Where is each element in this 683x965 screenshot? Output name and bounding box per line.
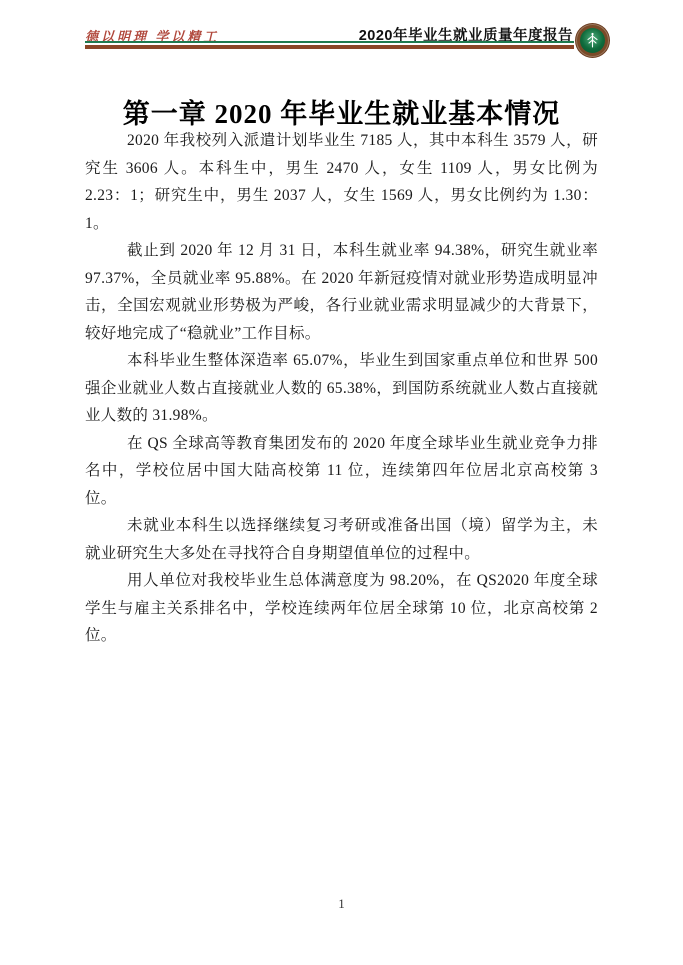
body-paragraph-1: 2020 年我校列入派遣计划毕业生 7185 人，其中本科生 3579 人，研究… — [85, 127, 598, 237]
university-emblem-icon — [580, 28, 605, 53]
body-paragraph-2: 截止到 2020 年 12 月 31 日，本科生就业率 94.38%，研究生就业… — [85, 237, 598, 347]
body-paragraph-5: 未就业本科生以选择继续复习考研或准备出国（境）留学为主，未就业研究生大多处在寻找… — [85, 512, 598, 567]
body-paragraph-6: 用人单位对我校毕业生总体满意度为 98.20%，在 QS2020 年度全球学生与… — [85, 567, 598, 650]
university-logo — [576, 24, 609, 57]
chapter-body: 2020 年我校列入派遣计划毕业生 7185 人，其中本科生 3579 人，研究… — [85, 127, 598, 650]
chapter-title: 第一章 2020 年毕业生就业基本情况 — [0, 92, 683, 131]
body-paragraph-4: 在 QS 全球高等教育集团发布的 2020 年度全球毕业生就业竞争力排名中，学校… — [85, 430, 598, 513]
body-paragraph-3: 本科毕业生整体深造率 65.07%，毕业生到国家重点单位和世界 500 强企业就… — [85, 347, 598, 430]
report-page: 德以明理 学以精工 2020年毕业生就业质量年度报告 第一章 2020 年毕业生… — [0, 0, 683, 965]
page-number: 1 — [0, 896, 683, 912]
header-rule-brown-line — [85, 45, 574, 49]
header-divider-rule — [85, 41, 574, 49]
